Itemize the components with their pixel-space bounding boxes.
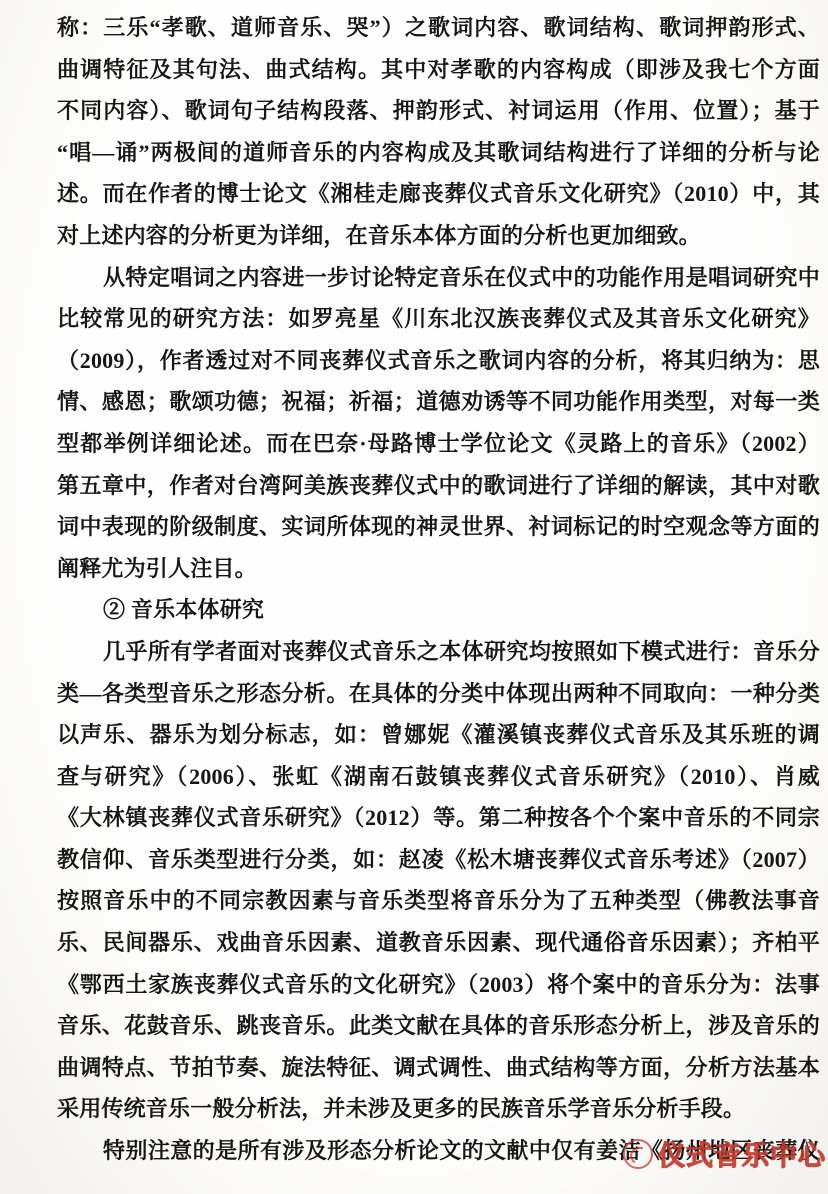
text-line: 采用传统音乐一般分析法，并未涉及更多的民族音乐学音乐分析手段。 bbox=[57, 1088, 820, 1130]
text-line: 称：三乐“孝歌、道师音乐、哭”）之歌词内容、歌词结构、歌词押韵形式、 bbox=[57, 7, 820, 49]
text-line: 音乐、花鼓音乐、跳丧音乐。此类文献在具体的音乐形态分析上，涉及音乐的 bbox=[57, 1005, 820, 1047]
text-line: 比较常见的研究方法：如罗亮星《川东北汉族丧葬仪式及其音乐文化研究》 bbox=[57, 298, 820, 340]
text-line: 教信仰、音乐类型进行分类，如：赵凌《松木塘丧葬仪式音乐考述》（2007） bbox=[57, 839, 820, 881]
text-line: （2009），作者透过对不同丧葬仪式音乐之歌词内容的分析，将其归纳为：思 bbox=[57, 340, 820, 382]
scanned-page: 称：三乐“孝歌、道师音乐、哭”）之歌词内容、歌词结构、歌词押韵形式、 曲调特征及… bbox=[0, 0, 828, 1194]
text-line: 乐、民间器乐、戏曲音乐因素、道教音乐因素、现代通俗音乐因素）；齐柏平 bbox=[57, 922, 820, 964]
text-line: 按照音乐中的不同宗教因素与音乐类型将音乐分为了五种类型（佛教法事音 bbox=[57, 880, 820, 922]
text-line: 述。而在作者的博士论文《湘桂走廊丧葬仪式音乐文化研究》（2010）中，其 bbox=[57, 173, 820, 215]
text-line: 以声乐、器乐为划分标志，如：曾娜妮《灌溪镇丧葬仪式音乐及其乐班的调 bbox=[57, 714, 820, 756]
text-line: 型都举例详细论述。而在巴奈·母路博士学位论文《灵路上的音乐》（2002） bbox=[57, 423, 820, 465]
text-line: 阐释尤为引人注目。 bbox=[57, 548, 820, 590]
body-text: 称：三乐“孝歌、道师音乐、哭”）之歌词内容、歌词结构、歌词押韵形式、 曲调特征及… bbox=[57, 7, 820, 1172]
text-line: 《大林镇丧葬仪式音乐研究》（2012）等。第二种按各个个案中音乐的不同宗 bbox=[57, 797, 820, 839]
text-line: 查与研究》（2006）、张虹《湖南石鼓镇丧葬仪式音乐研究》（2010）、肖威 bbox=[57, 756, 820, 798]
section-heading: ② 音乐本体研究 bbox=[57, 589, 820, 631]
text-line: 情、感恩；歌颂功德；祝福；祈福；道德劝诱等不同功能作用类型，对每一类 bbox=[57, 381, 820, 423]
text-line: “唱—诵”两极间的道师音乐的内容构成及其歌词结构进行了详细的分析与论 bbox=[57, 132, 820, 174]
text-line: 从特定唱词之内容进一步讨论特定音乐在仪式中的功能作用是唱词研究中 bbox=[57, 257, 820, 299]
text-line: 特别注意的是所有涉及形态分析论文的文献中仅有姜洁《扬州地区丧葬仪 bbox=[57, 1130, 820, 1172]
text-line: 第五章中，作者对台湾阿美族丧葬仪式中的歌词进行了详细的解读，其中对歌 bbox=[57, 465, 820, 507]
text-line: 曲调特征及其句法、曲式结构。其中对孝歌的内容构成（即涉及我七个方面 bbox=[57, 49, 820, 91]
text-line: 不同内容）、歌词句子结构段落、押韵形式、衬词运用（作用、位置）；基于 bbox=[57, 90, 820, 132]
text-line: 对上述内容的分析更为详细，在音乐本体方面的分析也更加细致。 bbox=[57, 215, 820, 257]
text-line: 曲调特点、节拍节奏、旋法特征、调式调性、曲式结构等方面，分析方法基本 bbox=[57, 1047, 820, 1089]
text-line: 词中表现的阶级制度、实词所体现的神灵世界、衬词标记的时空观念等方面的 bbox=[57, 506, 820, 548]
text-line: 几乎所有学者面对丧葬仪式音乐之本体研究均按照如下模式进行：音乐分 bbox=[57, 631, 820, 673]
text-line: 《鄂西土家族丧葬仪式音乐的文化研究》（2003）将个案中的音乐分为：法事 bbox=[57, 964, 820, 1006]
text-line: 类—各类型音乐之形态分析。在具体的分类中体现出两种不同取向：一种分类 bbox=[57, 673, 820, 715]
